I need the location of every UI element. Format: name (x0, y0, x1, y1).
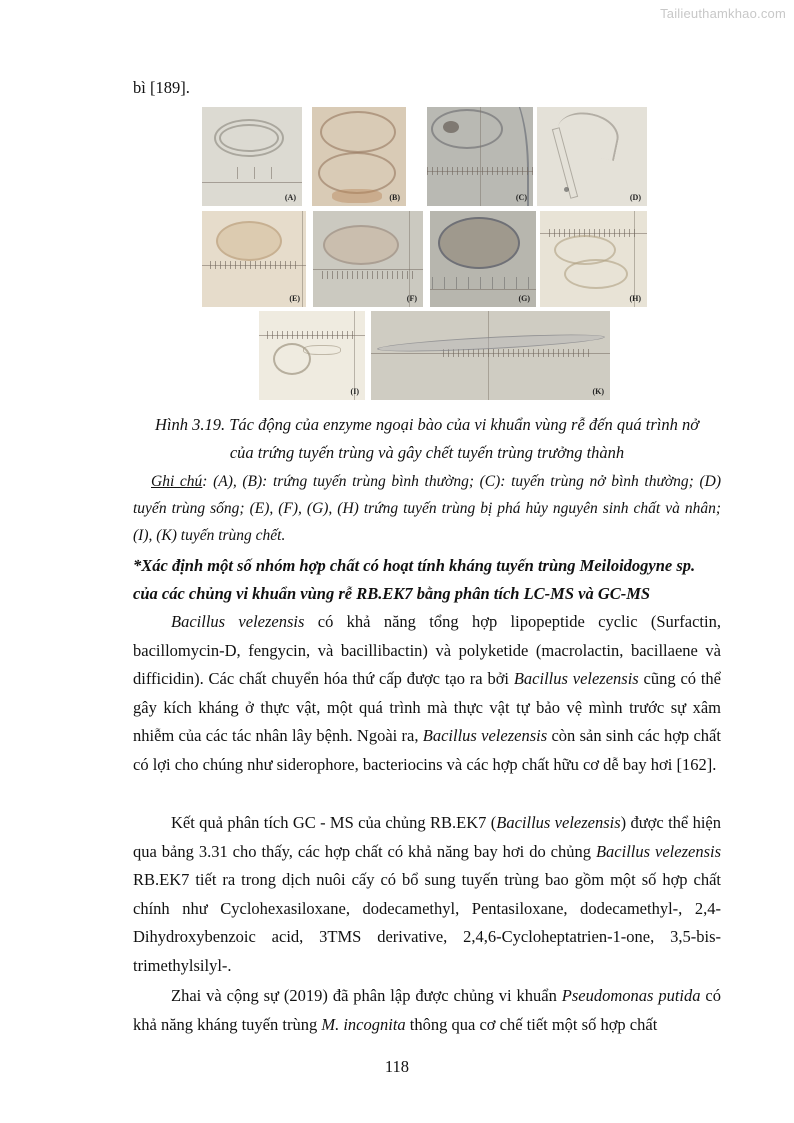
species-name: M. incognita (321, 1015, 405, 1034)
panel-label: (H) (629, 294, 641, 303)
paragraph-1: Bacillus velezensis có khả năng tổng hợp… (133, 608, 721, 780)
text: RB.EK7 tiết ra trong dịch nuôi cấy có bổ… (133, 870, 721, 975)
figure-panel-b: (B) (312, 107, 406, 206)
section-heading-line1: *Xác định một số nhóm hợp chất có hoạt t… (133, 552, 723, 580)
figure-panel-g: (G) (430, 211, 536, 307)
section-heading-line2: của các chủng vi khuẩn vùng rễ RB.EK7 bằ… (133, 580, 723, 608)
panel-label: (A) (285, 193, 296, 202)
watermark: Tailieuthamkhao.com (660, 6, 786, 21)
figure-caption: Hình 3.19. Tác động của enzyme ngoại bào… (120, 411, 734, 467)
text: Kết quả phân tích GC - MS của chủng RB.E… (171, 813, 496, 832)
figure-panel-h: (H) (540, 211, 647, 307)
panel-label: (I) (351, 387, 359, 396)
figure-panel-d: (D) (537, 107, 647, 206)
species-name: Pseudomonas putida (562, 986, 701, 1005)
figure-panel-c: (C) (427, 107, 533, 206)
panel-label: (C) (516, 193, 527, 202)
figure-note: Ghi chú: (A), (B): trứng tuyến trùng bìn… (133, 468, 721, 549)
figure-panel-e: (E) (202, 211, 306, 307)
page-number: 118 (0, 1057, 794, 1077)
figure-panel-a: (A) (202, 107, 302, 206)
species-name: Bacillus velezensis (423, 726, 547, 745)
panel-label: (K) (592, 387, 604, 396)
section-heading: *Xác định một số nhóm hợp chất có hoạt t… (133, 552, 723, 608)
species-name: Bacillus velezensis (596, 842, 721, 861)
panel-label: (F) (407, 294, 417, 303)
paragraph-2: Kết quả phân tích GC - MS của chủng RB.E… (133, 809, 721, 981)
text: Zhai và cộng sự (2019) đã phân lập được … (171, 986, 562, 1005)
figure-panel-i: (I) (259, 311, 365, 400)
panel-label: (G) (518, 294, 530, 303)
figure-caption-line1: Hình 3.19. Tác động của enzyme ngoại bào… (120, 411, 734, 439)
panel-label: (D) (630, 193, 641, 202)
panel-label: (B) (389, 193, 400, 202)
figure-caption-line2: của trứng tuyến trùng và gây chết tuyến … (120, 439, 734, 467)
species-name: Bacillus velezensis (171, 612, 304, 631)
note-text: : (A), (B): trứng tuyến trùng bình thườn… (133, 473, 721, 544)
figure-panel-f: (F) (313, 211, 423, 307)
text: thông qua cơ chế tiết một số hợp chất (406, 1015, 658, 1034)
figure-panel-k: (K) (371, 311, 610, 400)
paragraph-3: Zhai và cộng sự (2019) đã phân lập được … (133, 982, 721, 1039)
note-label: Ghi chú (151, 473, 202, 490)
intro-fragment: bì [189]. (133, 78, 190, 98)
species-name: Bacillus velezensis (496, 813, 620, 832)
species-name: Bacillus velezensis (514, 669, 639, 688)
panel-label: (E) (289, 294, 300, 303)
